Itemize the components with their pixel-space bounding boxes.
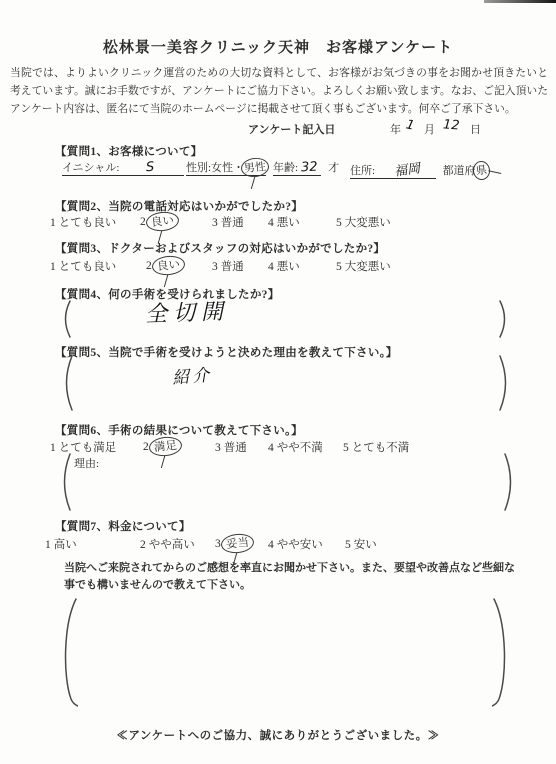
page-title: 松林景一美容クリニック天神 お客様アンケート: [0, 36, 556, 57]
q6-header: 【質問6、手術の結果について教えて下さい。】: [55, 422, 303, 438]
q3-header: 【質問3、ドクターおよびスタッフの対応はいかがでしたか?】: [55, 240, 385, 256]
scan-edge-artifact: [484, 0, 556, 3]
q7-option-5: 5安い: [345, 536, 377, 552]
answer-bracket-left: [58, 354, 74, 412]
handwritten-prefecture-circle: 県: [472, 160, 491, 181]
reason-label: 理由:: [74, 455, 99, 471]
handwritten-selection-circle: 満足: [148, 435, 183, 457]
handwritten-q5-answer: 紹介: [171, 360, 213, 388]
handwritten-q4-answer: 全切開: [144, 295, 229, 329]
handwritten-gender-circle: 男性: [240, 157, 270, 179]
q7-option-4: 4やや安い: [268, 536, 323, 552]
handwritten-initial: S: [146, 160, 155, 176]
handwritten-selection-circle: 良い: [151, 254, 186, 276]
survey-date-row: アンケート記入日 年 1 月 12 日: [0, 121, 556, 137]
q2-option-5: 5大変悪い: [336, 214, 391, 230]
handwritten-month-value: 1: [405, 117, 416, 133]
q7-option-2: 2やや高い: [140, 536, 195, 552]
date-label: アンケート記入日: [248, 121, 335, 137]
q3-option-1: 1とても良い: [50, 258, 116, 274]
gender-field: 性別:女性・男性: [186, 159, 266, 176]
handwritten-age: 32: [300, 160, 317, 176]
handwritten-address: 福岡: [393, 157, 421, 179]
handwritten-selection-circle: 良い: [145, 210, 180, 232]
q7-option-3-circled: 3妥当: [215, 536, 251, 551]
year-unit-label: 年: [390, 121, 401, 137]
intro-text: 当院では、よりよいクリニック運営のための大切な資料として、お客様がお気づきの事を…: [10, 64, 548, 118]
q6-option-2-circled: 2満足: [143, 439, 179, 454]
q2-option-4: 4悪い: [268, 214, 300, 230]
answer-bracket-left: [58, 299, 72, 339]
q6-option-4: 4やや不満: [268, 439, 323, 455]
q7-option-1: 1高い: [45, 536, 77, 552]
month-unit-label: 月: [424, 121, 435, 137]
q3-option-5: 5大変悪い: [336, 258, 391, 274]
answer-bracket-right: [498, 354, 514, 412]
q2-option-1: 1とても良い: [50, 214, 116, 230]
q2-header: 【質問2、当院の電話対応はいかがでしたか?】: [55, 198, 303, 214]
q1-fields-row: イニシャル: S 性別:女性・男性 年齢: 32 才 住所: 福岡 都道府県: [0, 159, 556, 179]
age-suffix: 才: [328, 162, 339, 174]
address-field: 住所: 福岡 都道府県: [350, 159, 487, 179]
reason-bracket-left: [56, 452, 72, 512]
scanned-survey-page: 松林景一美容クリニック天神 お客様アンケート 当院では、よりよいクリニック運営の…: [0, 0, 556, 764]
q2-option-3: 3普通: [212, 214, 244, 230]
age-field: 年齢: 32 才: [273, 159, 339, 176]
q7-header: 【質問7、料金について】: [55, 518, 191, 534]
q3-option-4: 4悪い: [268, 258, 300, 274]
q2-option-2-circled: 2良い: [140, 214, 176, 229]
q3-option-2-circled: 2良い: [146, 258, 182, 273]
feedback-bracket-right: [492, 597, 512, 709]
q7-options-row: 1高い 2やや高い 3妥当 4やや安い 5安い: [0, 536, 556, 554]
reason-bracket-right: [503, 452, 519, 512]
q3-options-row: 1とても良い 2良い 3普通 4悪い 5大変悪い: [0, 258, 556, 276]
q3-option-3: 3普通: [212, 258, 244, 274]
initial-field: イニシャル: S: [62, 159, 184, 176]
q1-header: 【質問1、お客様について】: [55, 143, 202, 159]
answer-bracket-right: [498, 299, 512, 339]
feedback-prompt: 当院へご来院されてからのご感想を率直にお聞かせ下さい。また、要望や改善点など些細…: [64, 560, 524, 593]
day-unit-label: 日: [470, 121, 481, 137]
q5-header: 【質問5、当院で手術を受けようと決めた理由を教えて下さい。】: [55, 344, 398, 360]
q6-option-3: 3普通: [215, 439, 247, 455]
handwritten-selection-circle: 妥当: [220, 532, 255, 554]
closing-thanks: ≪アンケートへのご協力、誠にありがとうございました。≫: [0, 727, 556, 743]
handwritten-day-value: 12: [442, 117, 460, 133]
prefecture-suffix: 都道府: [443, 165, 476, 177]
feedback-bracket-left: [58, 597, 78, 709]
q2-options-row: 1とても良い 2良い 3普通 4悪い 5大変悪い: [0, 214, 556, 232]
q6-option-5: 5とても不満: [343, 439, 409, 455]
